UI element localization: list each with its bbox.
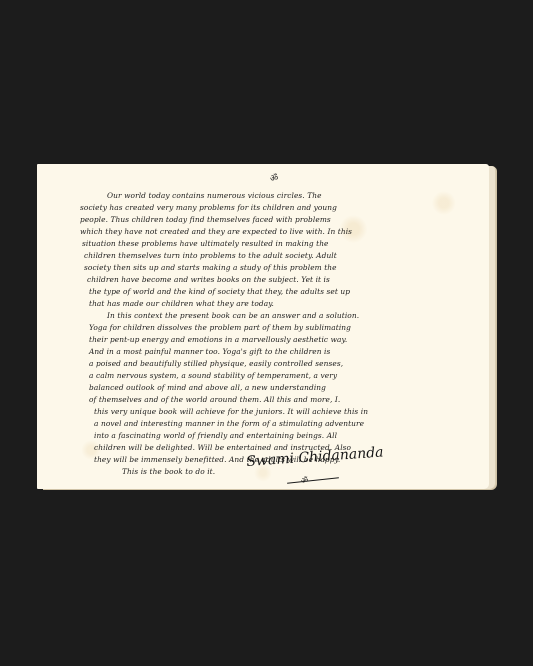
letter-line: situation these problems have ultimately… xyxy=(82,238,329,250)
letter-line: which they have not created and they are… xyxy=(80,226,352,238)
letter-line: And in a most painful manner too. Yoga's… xyxy=(89,346,330,358)
letter-line: society has created very many problems f… xyxy=(80,202,337,214)
letter-line: people. Thus children today find themsel… xyxy=(80,214,331,226)
letter-line: balanced outlook of mind and above all, … xyxy=(89,382,326,394)
letter-line: this very unique book will achieve for t… xyxy=(94,406,368,418)
letter-line: of themselves and of the world around th… xyxy=(89,394,340,406)
letter-line: a calm nervous system, a sound stability… xyxy=(89,370,337,382)
photo-background: ॐ Our world today contains numerous vici… xyxy=(0,0,533,666)
letter-line: their pent-up energy and emotions in a m… xyxy=(89,334,347,346)
letter-line: children have become and writes books on… xyxy=(87,274,330,286)
letter-line: children themselves turn into problems t… xyxy=(84,250,337,262)
letter-line: society then sits up and starts making a… xyxy=(84,262,337,274)
signature-underline xyxy=(287,477,339,483)
letter-line: the type of world and the kind of societ… xyxy=(89,286,350,298)
om-symbol-icon: ॐ xyxy=(270,175,278,184)
letter-line: In this context the present book can be … xyxy=(107,310,359,322)
letter-line: a novel and interesting manner in the fo… xyxy=(94,418,364,430)
letter-line: into a fascinating world of friendly and… xyxy=(94,430,337,442)
letter-line: Yoga for children dissolves the problem … xyxy=(89,322,351,334)
om-signature-icon: ॐ xyxy=(301,477,308,485)
letter-line: a poised and beautifully stilled physiqu… xyxy=(89,358,343,370)
letter-page: ॐ Our world today contains numerous vici… xyxy=(37,164,489,489)
letter-line: This is the book to do it. xyxy=(122,466,215,478)
letter-line: that has made our children what they are… xyxy=(89,298,274,310)
letter-line: Our world today contains numerous viciou… xyxy=(107,190,322,202)
